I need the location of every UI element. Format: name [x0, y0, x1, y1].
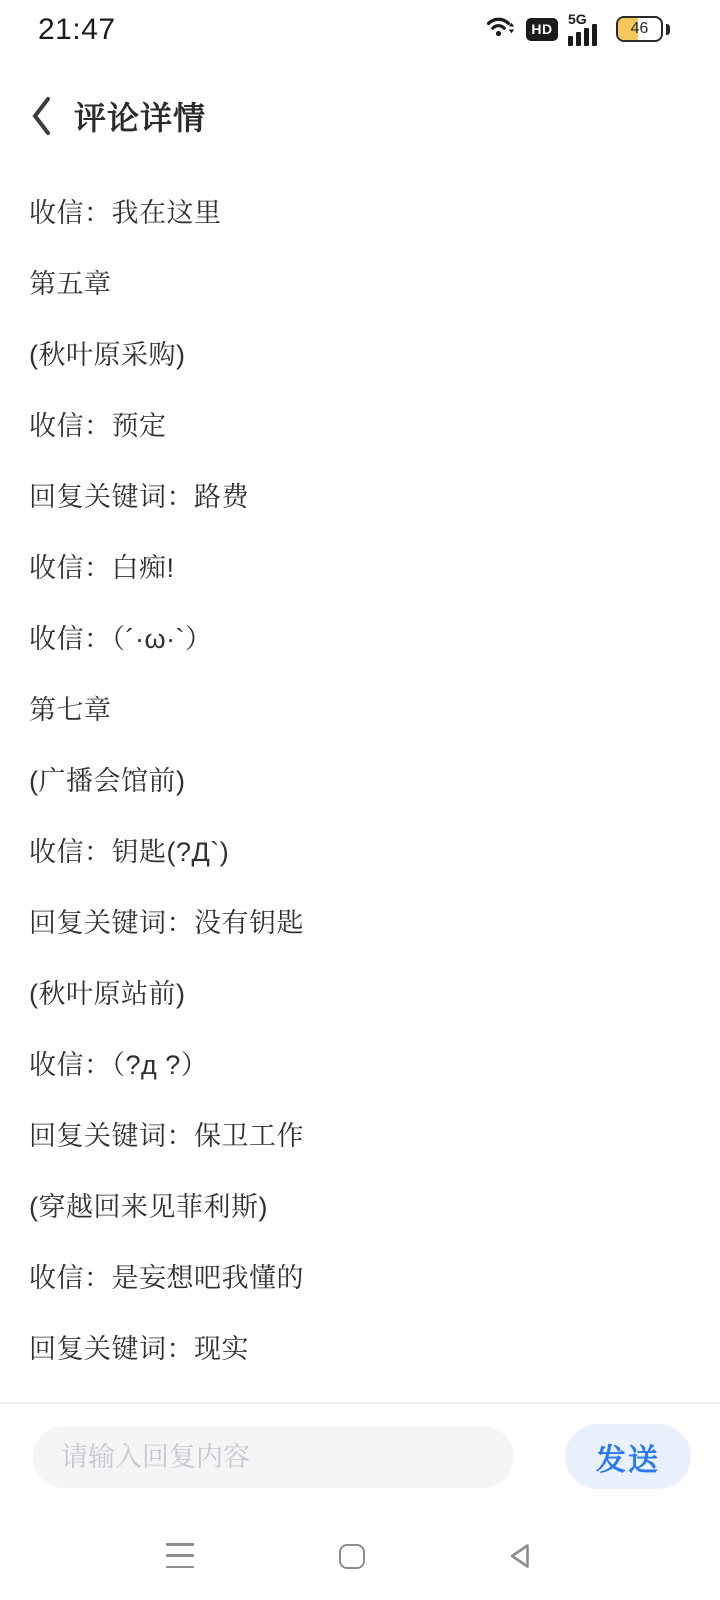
chevron-left-icon	[32, 96, 51, 136]
comment-line: (穿越回来见菲利斯)	[29, 1169, 700, 1240]
hd-icon: HD	[526, 18, 558, 41]
header: 评论详情	[0, 86, 720, 146]
nav-menu-icon[interactable]	[166, 1543, 194, 1568]
nav-home-square-icon[interactable]	[339, 1544, 365, 1569]
status-icons: HD 5G 46	[486, 12, 670, 46]
comment-line: 回复关键词：保卫工作	[29, 1098, 700, 1169]
comment-line: (广播会馆前)	[29, 743, 700, 814]
comment-line: 回复关键词：现实	[29, 1311, 700, 1382]
reply-bar: 发送	[0, 1402, 720, 1532]
comment-line: (秋叶原采购)	[29, 317, 700, 388]
signal-bars	[568, 24, 597, 46]
back-button[interactable]	[24, 94, 58, 138]
comment-line: (秋叶原站前)	[29, 956, 700, 1027]
nav-back-triangle-icon[interactable]	[507, 1542, 535, 1570]
comment-list: 收信：我在这里第五章(秋叶原采购)收信：预定回复关键词：路费收信：白痴!收信：（…	[29, 175, 700, 1382]
comment-line: 回复关键词：路费	[29, 459, 700, 530]
cellular-signal-icon: 5G	[568, 13, 606, 46]
comment-line: 收信：（´·ω·`）	[29, 601, 700, 672]
comment-line: 收信：白痴!	[29, 530, 700, 601]
comment-line: 第五章	[29, 246, 700, 317]
send-button[interactable]: 发送	[565, 1424, 691, 1489]
comment-line: 收信：是妄想吧我懂的	[29, 1240, 700, 1311]
clock-time: 21:47	[38, 13, 116, 47]
page-title: 评论详情	[74, 93, 206, 139]
comment-line: 收信：（?д ?）	[29, 1027, 700, 1098]
battery-cap	[666, 24, 670, 35]
comment-line: 收信：钥匙(?Д`)	[29, 814, 700, 885]
comment-line: 第七章	[29, 672, 700, 743]
comment-line: 回复关键词：没有钥匙	[29, 885, 700, 956]
comment-line: 收信：预定	[29, 388, 700, 459]
wifi-icon	[486, 14, 516, 45]
comment-line: 收信：我在这里	[29, 175, 700, 246]
status-bar: 21:47 HD 5G 46	[0, 0, 720, 58]
battery-percent: 46	[618, 18, 661, 40]
reply-input[interactable]	[33, 1426, 514, 1488]
battery-icon: 46	[616, 16, 663, 42]
